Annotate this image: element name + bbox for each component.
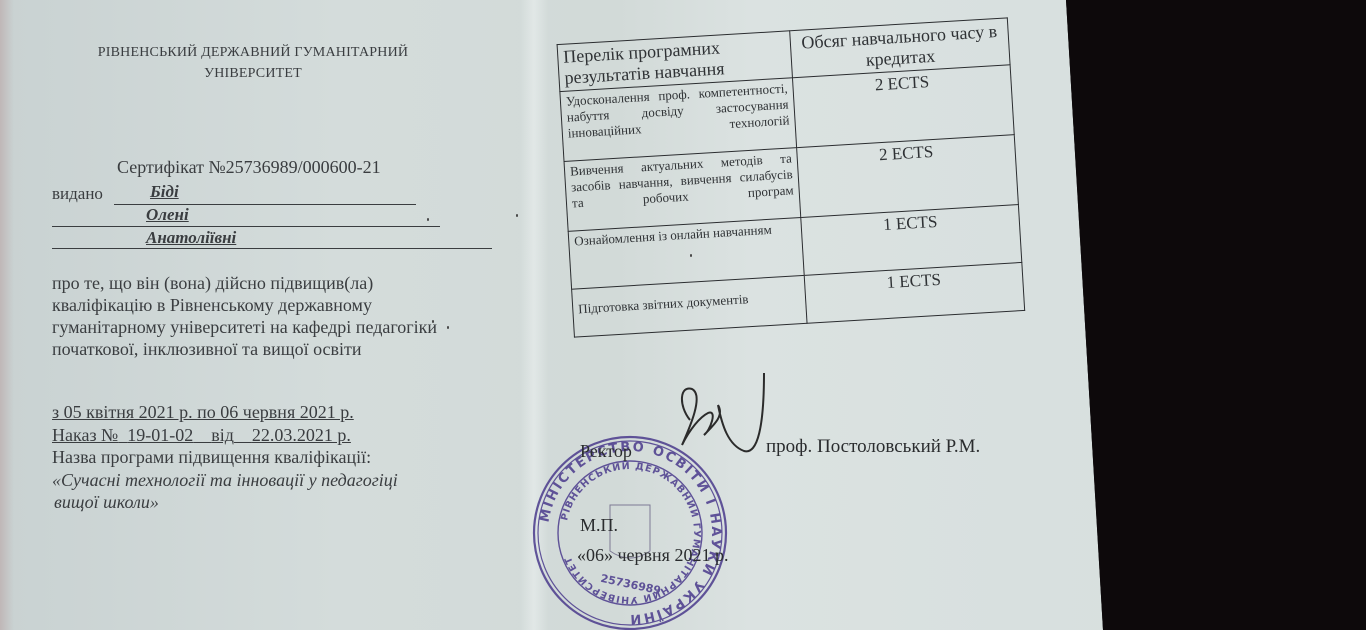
learning-outcomes-table: Перелік програмних результатів навчання … (557, 17, 1026, 337)
recipient-first-name: Олені (146, 205, 189, 225)
paper-speck (447, 326, 449, 329)
certificate-number: Сертифікат №25736989/000600-21 (117, 157, 381, 178)
page-edge-shadow (0, 0, 14, 630)
issued-label: видано (52, 184, 103, 204)
recipient-surname: Біді (150, 182, 179, 202)
learning-outcomes-table-wrap: Перелік програмних результатів навчання … (548, 0, 1035, 338)
university-title-line1: РІВНЕНСЬКИЙ ДЕРЖАВНИЙ ГУМАНІТАРНИЙ (58, 42, 448, 63)
program-name: «Сучасні технології та інновації у педаг… (52, 469, 492, 513)
paper-speck (427, 218, 429, 221)
seal-label: М.П. (580, 515, 618, 536)
credits-cell: 2 ECTS (792, 65, 1014, 148)
program-name-line1: «Сучасні технології та інновації у педаг… (52, 470, 398, 490)
order-label: Наказ № (52, 425, 118, 445)
paper-speck (432, 320, 434, 323)
signing-date: «06» червня 2021 р. (577, 545, 728, 566)
patronymic-line (52, 248, 492, 249)
dark-background (1060, 0, 1366, 630)
program-label: Назва програми підвищення кваліфікації: (52, 447, 371, 468)
paper-speck (516, 214, 518, 217)
rector-signature-icon (660, 365, 780, 465)
credits-cell: 2 ECTS (797, 135, 1019, 218)
order-line: Наказ № 19-01-02 від 22.03.2021 р. (52, 425, 351, 446)
order-from-label: від (211, 425, 234, 445)
order-date: 22.03.2021 р. (252, 425, 351, 445)
university-title-line2: УНІВЕРСИТЕТ (58, 63, 448, 84)
program-name-line2: вищої школи» (52, 491, 492, 513)
paper-speck (690, 254, 692, 257)
order-number: 19-01-02 (127, 425, 193, 445)
first-name-line (52, 226, 440, 227)
certificate-body-text: про те, що він (вона) дійсно підвищив(ла… (52, 272, 472, 360)
university-title: РІВНЕНСЬКИЙ ДЕРЖАВНИЙ ГУМАНІТАРНИЙ УНІВЕ… (58, 42, 448, 84)
rector-name: проф. Постоловський Р.М. (766, 436, 980, 458)
recipient-patronymic: Анатоліївні (146, 228, 236, 248)
rector-label: Ректор (580, 441, 632, 462)
training-period: з 05 квітня 2021 р. по 06 червня 2021 р. (52, 402, 354, 423)
